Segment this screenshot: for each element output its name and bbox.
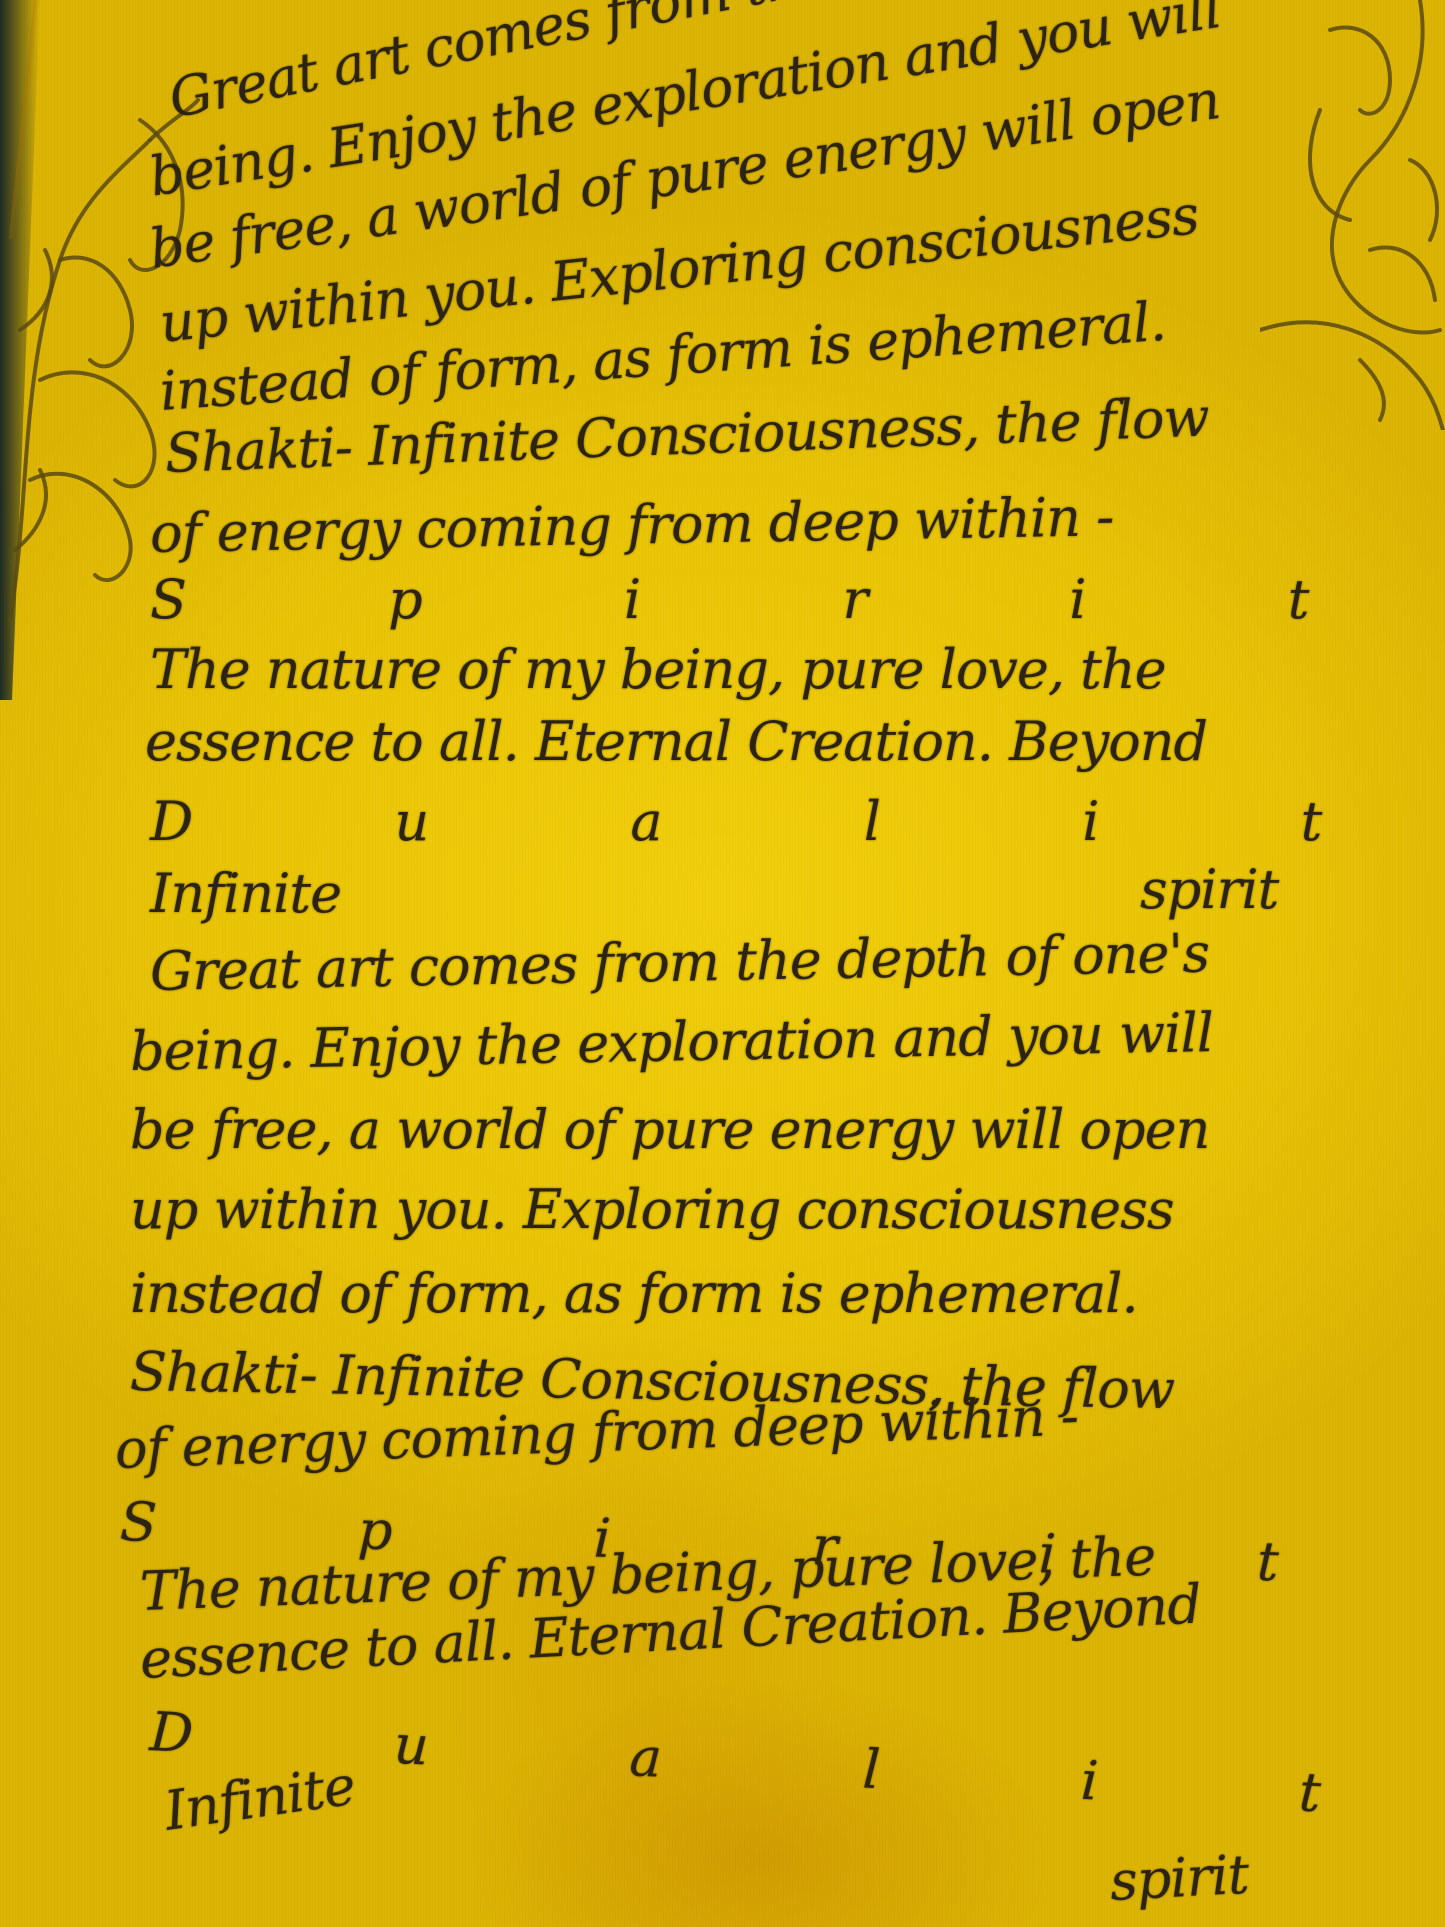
poem-line: S p i r i t . (150, 568, 1445, 631)
poem-line: spirit (1108, 1843, 1249, 1913)
right-flourish-ornament-icon (1260, 0, 1445, 430)
poem-line: spirit (1140, 858, 1278, 921)
poem-line: instead of form, as form is ephemeral. (130, 1262, 1138, 1325)
poem-line: D u a l i t y . (150, 790, 1445, 853)
poem-line: up within you. Exploring consciousness (130, 1178, 1174, 1241)
poem-line: The nature of my being, pure love, the (150, 638, 1166, 701)
poem-line: Infinite (150, 862, 341, 925)
poem-line: be free, a world of pure energy will ope… (130, 1098, 1209, 1161)
poem-line: essence to all. Eternal Creation. Beyond (145, 710, 1207, 773)
